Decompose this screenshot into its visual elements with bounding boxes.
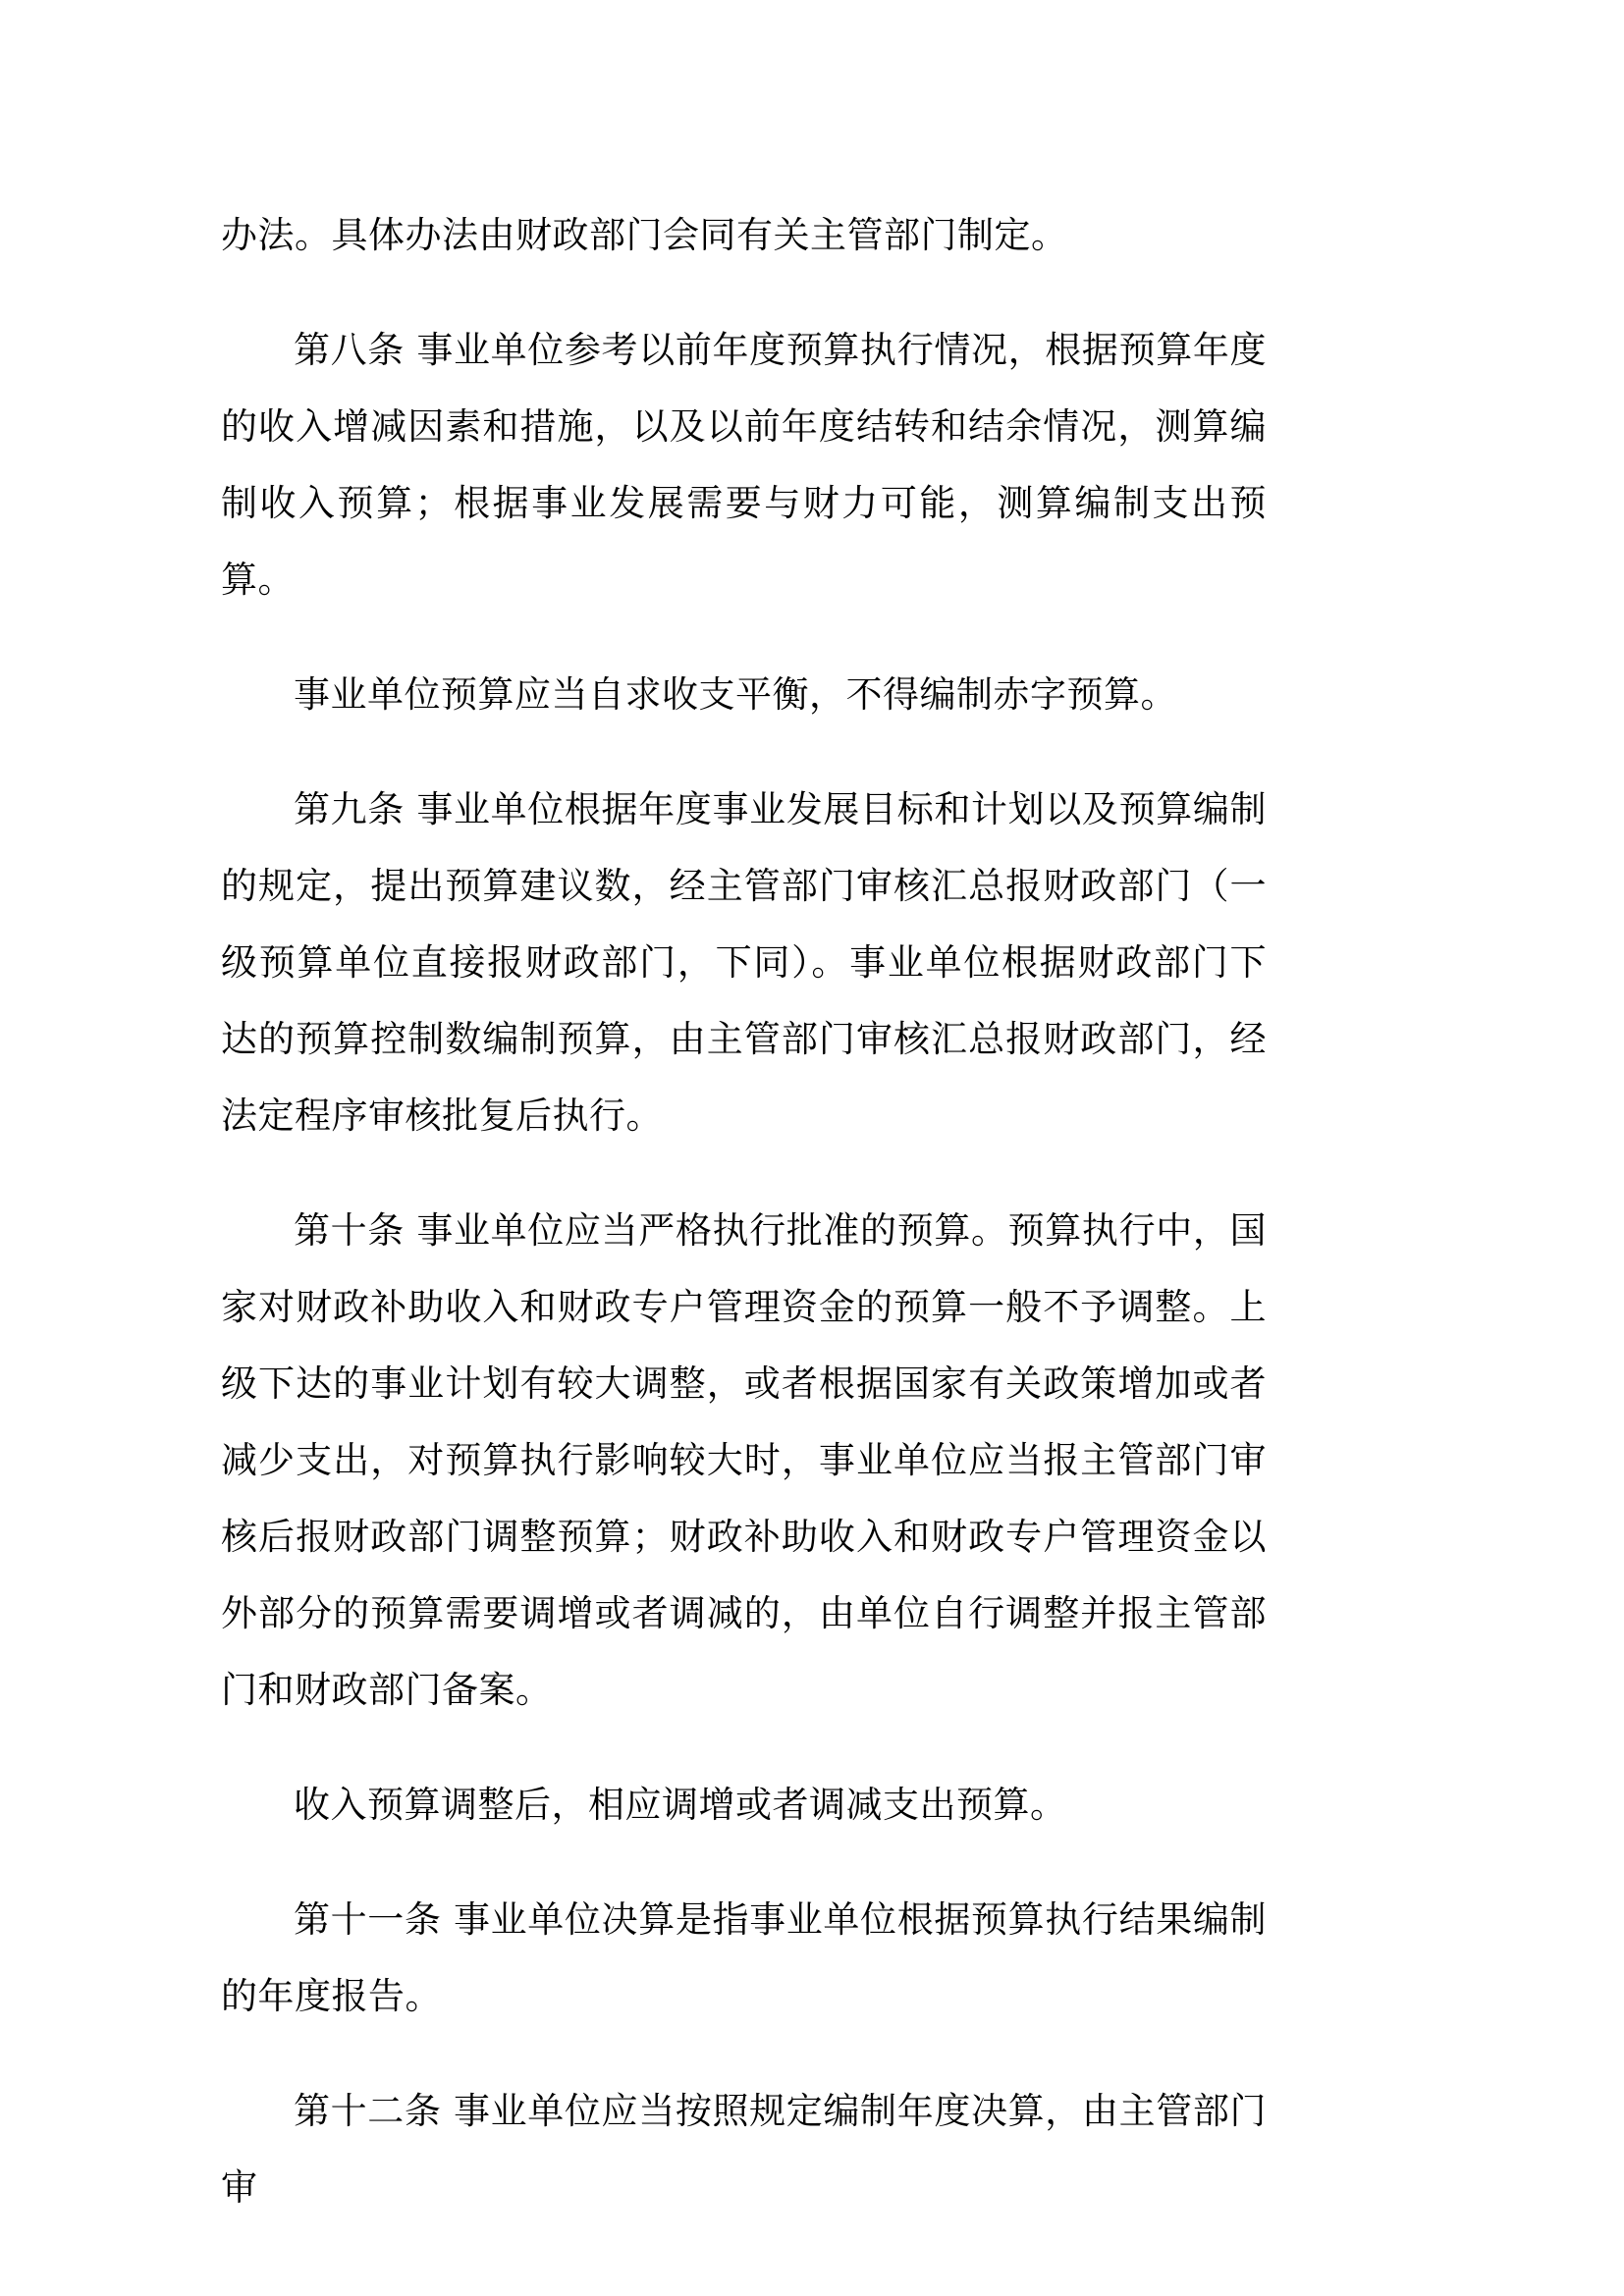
paragraph-article-9: 第九条 事业单位根据年度事业发展目标和计划以及预算编制的规定，提出预算建议数，经…	[221, 772, 1267, 1154]
paragraph-article-8-clause-2: 事业单位预算应当自求收支平衡，不得编制赤字预算。	[221, 657, 1267, 733]
document-page: 办法。具体办法由财政部门会同有关主管部门制定。 第八条 事业单位参考以前年度预算…	[0, 0, 1624, 2296]
paragraph-article-12-partial: 第十二条 事业单位应当按照规定编制年度决算，由主管部门审	[221, 2073, 1267, 2226]
paragraph-article-11: 第十一条 事业单位决算是指事业单位根据预算执行结果编制的年度报告。	[221, 1882, 1267, 2035]
paragraph-article-8: 第八条 事业单位参考以前年度预算执行情况，根据预算年度的收入增减因素和措施，以及…	[221, 312, 1267, 618]
paragraph-article-10-clause-2: 收入预算调整后，相应调增或者调减支出预算。	[221, 1767, 1267, 1843]
paragraph-continuation: 办法。具体办法由财政部门会同有关主管部门制定。	[221, 197, 1267, 274]
paragraph-article-10: 第十条 事业单位应当严格执行批准的预算。预算执行中，国家对财政补助收入和财政专户…	[221, 1193, 1267, 1729]
